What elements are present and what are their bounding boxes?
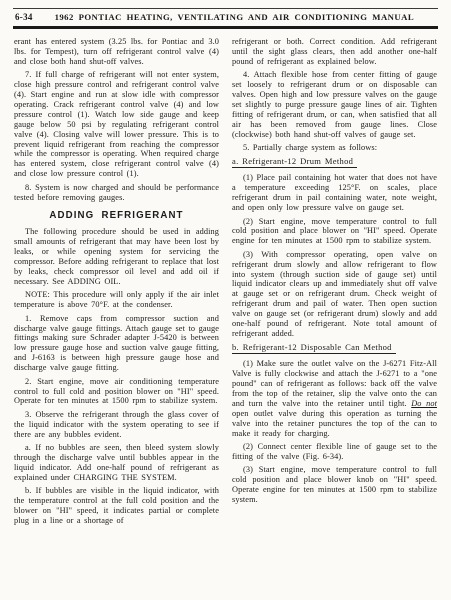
subheading-disposable-can-method-label: b. Refrigerant-12 Disposable Can Method xyxy=(232,342,396,355)
paragraph-continuation-left: erant has entered system (3.25 lbs. for … xyxy=(14,37,219,67)
paragraph-can-step-1: (1) Make sure the outlet valve on the J-… xyxy=(232,359,437,438)
paragraph-step-2: 2. Start engine, move air conditioning t… xyxy=(14,377,219,407)
paragraph-step-4: 4. Attach flexible hose from center fitt… xyxy=(232,70,437,139)
paragraph-can-step-1-text-before: (1) Make sure the outlet valve on the J-… xyxy=(232,359,437,408)
paragraph-adding-refrigerant-intro: The following procedure should be used i… xyxy=(14,227,219,286)
section-heading-adding-refrigerant: ADDING REFRIGERANT xyxy=(14,211,219,221)
paragraph-step-7: 7. If full charge of refrigerant will no… xyxy=(14,70,219,179)
subheading-drum-method-label: a. Refrigerant-12 Drum Method xyxy=(232,156,357,169)
text-columns: erant has entered system (3.25 lbs. for … xyxy=(14,37,437,529)
paragraph-step-3b: b. If bubbles are visible in the liquid … xyxy=(14,486,219,526)
paragraph-can-step-2: (2) Connect center flexible line of gaug… xyxy=(232,442,437,462)
paragraph-drum-step-2: (2) Start engine, move temperature contr… xyxy=(232,217,437,247)
page-title: 1962 PONTIAC HEATING, VENTILATING AND AI… xyxy=(33,12,436,22)
right-column: refrigerant or both. Correct condition. … xyxy=(232,37,437,529)
manual-page: 6-34 1962 PONTIAC HEATING, VENTILATING A… xyxy=(0,0,451,600)
subheading-disposable-can-method: b. Refrigerant-12 Disposable Can Method xyxy=(232,343,437,353)
paragraph-note: NOTE: This procedure will only apply if … xyxy=(14,290,219,310)
paragraph-drum-step-3: (3) With compressor operating, open valv… xyxy=(232,250,437,339)
paragraph-step-3a: a. If no bubbles are seen, then bleed sy… xyxy=(14,443,219,483)
paragraph-drum-step-1: (1) Place pail containing hot water that… xyxy=(232,173,437,213)
page-header: 6-34 1962 PONTIAC HEATING, VENTILATING A… xyxy=(13,8,438,29)
paragraph-step-1: 1. Remove caps from compressor suction a… xyxy=(14,314,219,373)
paragraph-step-8: 8. System is now charged and should be p… xyxy=(14,183,219,203)
do-not-emphasis: Do not xyxy=(411,399,437,408)
paragraph-continuation-right: refrigerant or both. Correct condition. … xyxy=(232,37,437,67)
left-column: erant has entered system (3.25 lbs. for … xyxy=(14,37,219,529)
paragraph-can-step-1-text-after: open outlet valve during this operation … xyxy=(232,409,437,438)
paragraph-can-step-3: (3) Start engine, move temperature contr… xyxy=(232,465,437,505)
subheading-drum-method: a. Refrigerant-12 Drum Method xyxy=(232,157,437,167)
paragraph-step-5: 5. Partially charge system as follows: xyxy=(232,143,437,153)
paragraph-step-3: 3. Observe the refrigerant through the g… xyxy=(14,410,219,440)
page-number: 6-34 xyxy=(15,12,33,22)
